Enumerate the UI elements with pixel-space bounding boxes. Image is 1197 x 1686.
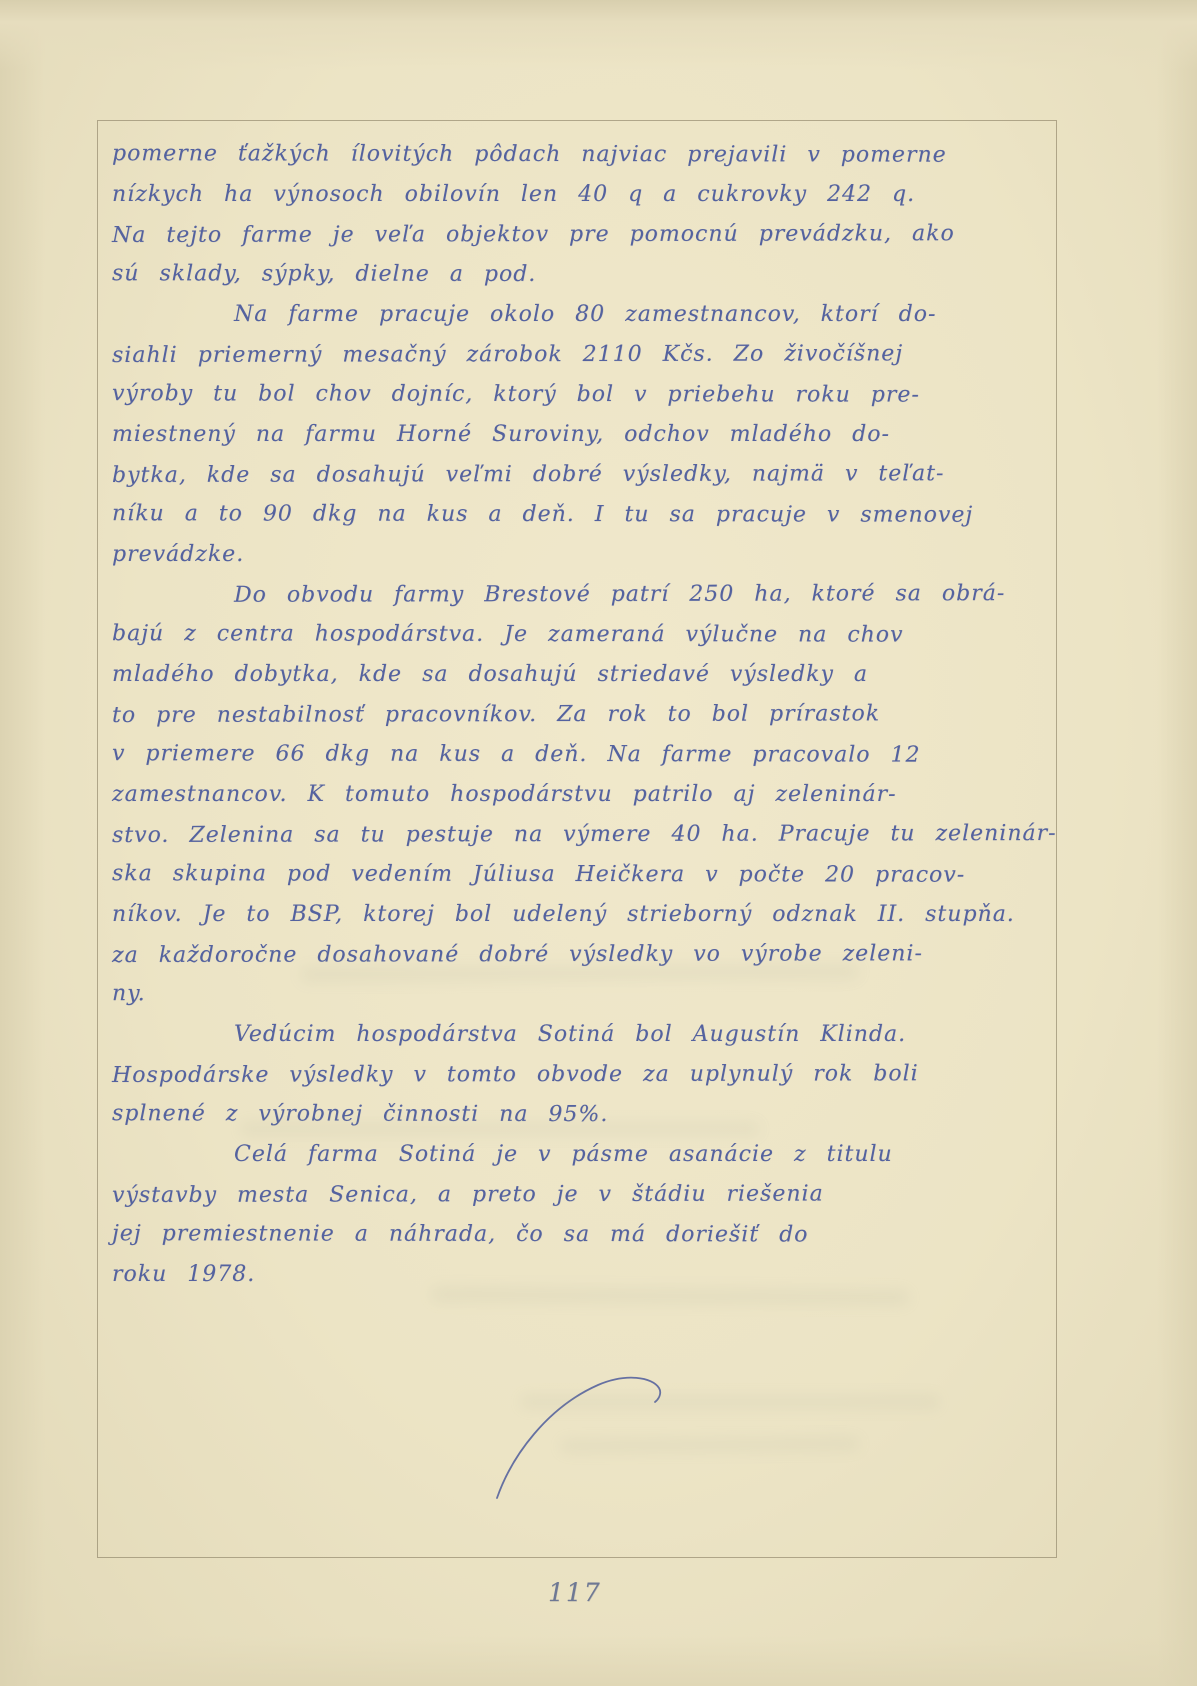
pen-stroke-mark — [430, 1355, 680, 1515]
handwritten-line: bajú z centra hospodárstva. Je zameraná … — [112, 614, 1047, 656]
handwritten-line: mladého dobytka, kde sa dosahujú strieda… — [112, 655, 1047, 695]
handwritten-line: jej premiestnenie a náhrada, čo sa má do… — [112, 1214, 1047, 1256]
handwritten-line: za každoročne dosahované dobré výsledky … — [112, 934, 1047, 976]
handwritten-line: sú sklady, sýpky, dielne a pod. — [112, 254, 1047, 296]
handwritten-line: níkov. Je to BSP, ktorej bol udelený str… — [112, 895, 1047, 935]
handwritten-line: Do obvodu farmy Brestové patrí 250 ha, k… — [112, 574, 1047, 616]
page-frame: pomerne ťažkých ílovitých pôdach najviac… — [97, 120, 1057, 1558]
handwritten-line: miestnený na farmu Horné Suroviny, odcho… — [112, 415, 1047, 455]
handwritten-line: nízkych ha výnosoch obilovín len 40 q a … — [112, 175, 1047, 215]
handwritten-line: stvo. Zelenina sa tu pestuje na výmere 4… — [112, 814, 1047, 856]
handwritten-line: Vedúcim hospodárstva Sotiná bol Augustín… — [112, 1015, 1047, 1055]
handwritten-line: prevádzke. — [112, 535, 1047, 575]
handwritten-line: výstavby mesta Senica, a preto je v štád… — [112, 1174, 1047, 1216]
handwritten-line: Hospodárske výsledky v tomto obvode za u… — [112, 1054, 1047, 1096]
handwritten-text-block: pomerne ťažkých ílovitých pôdach najviac… — [112, 135, 1047, 1295]
handwritten-line: bytka, kde sa dosahujú veľmi dobré výsle… — [112, 454, 1047, 496]
handwritten-line: Na tejto farme je veľa objektov pre pomo… — [112, 214, 1047, 256]
handwritten-line: siahli priemerný mesačný zárobok 2110 Kč… — [112, 334, 1047, 376]
handwritten-line: to pre nestabilnosť pracovníkov. Za rok … — [112, 694, 1047, 736]
page-number: 117 — [548, 1578, 602, 1607]
handwritten-line: ska skupina pod vedením Júliusa Heičkera… — [112, 854, 1047, 896]
handwritten-line: níku a to 90 dkg na kus a deň. I tu sa p… — [112, 494, 1047, 536]
handwritten-line: Celá farma Sotiná je v pásme asanácie z … — [112, 1135, 1047, 1175]
handwritten-line: roku 1978. — [112, 1255, 1047, 1295]
handwritten-line: pomerne ťažkých ílovitých pôdach najviac… — [112, 134, 1047, 176]
handwritten-line: zamestnancov. K tomuto hospodárstvu patr… — [112, 775, 1047, 815]
handwritten-line: ny. — [112, 974, 1047, 1016]
handwritten-line: výroby tu bol chov dojníc, ktorý bol v p… — [112, 374, 1047, 416]
handwritten-line: Na farme pracuje okolo 80 zamestnancov, … — [112, 295, 1047, 335]
handwritten-line: splnené z výrobnej činnosti na 95%. — [112, 1094, 1047, 1136]
scanned-chronicle-page: { "page": { "number": "117", "language":… — [0, 0, 1197, 1686]
handwritten-line: v priemere 66 dkg na kus a deň. Na farme… — [112, 734, 1047, 776]
